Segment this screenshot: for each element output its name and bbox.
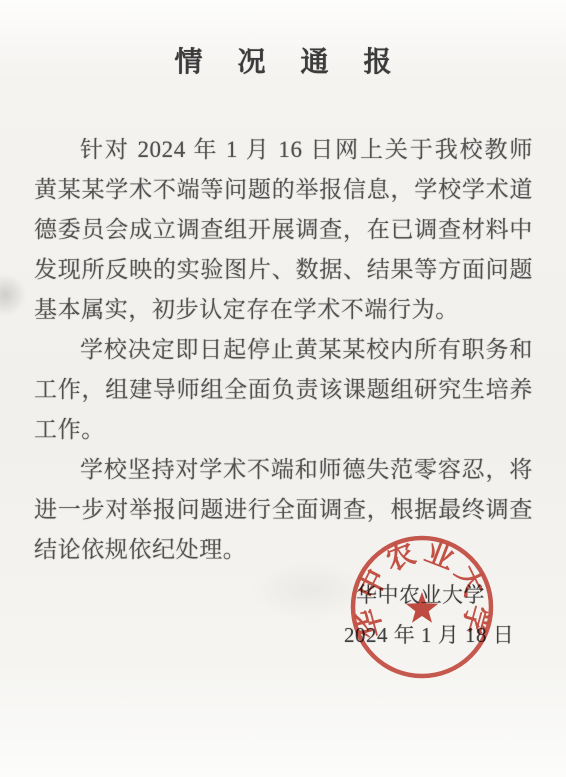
notice-paragraph-2: 学校决定即日起停止黄某某校内所有职务和工作，组建导师组全面负责该课题组研究生培养… [34, 330, 533, 450]
official-seal: 华中农业大学 [347, 532, 497, 682]
notice-body: 针对 2024 年 1 月 16 日网上关于我校教师黄某某学术不端等问题的举报信… [34, 130, 533, 570]
seal-star-icon [406, 592, 438, 623]
scan-smudge [0, 272, 28, 318]
notice-document: 情 况 通 报 针对 2024 年 1 月 16 日网上关于我校教师黄某某学术不… [0, 0, 566, 777]
notice-title: 情 况 通 报 [0, 40, 566, 80]
notice-paragraph-1: 针对 2024 年 1 月 16 日网上关于我校教师黄某某学术不端等问题的举报信… [34, 130, 533, 330]
seal-ring-text: 华中农业大学 [349, 535, 495, 642]
